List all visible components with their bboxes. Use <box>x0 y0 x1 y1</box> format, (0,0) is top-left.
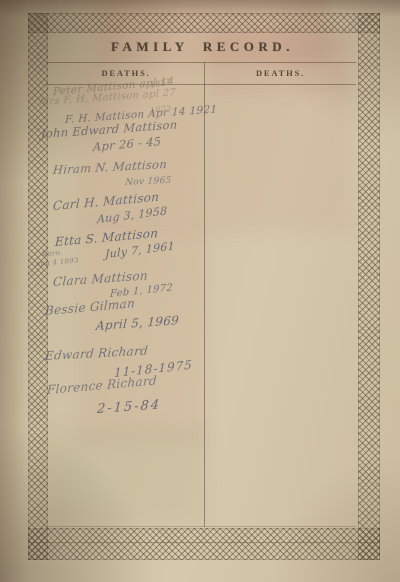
death-entry-name: Edward Richard <box>44 344 148 363</box>
column-divider <box>204 62 205 527</box>
death-entry-date: Nov 1965 <box>125 176 172 188</box>
death-entry-born-label: Born <box>42 249 61 258</box>
horizontal-rule <box>46 526 356 527</box>
book-page: FAMILY RECORD. DEATHS. DEATHS. 1857 Pete… <box>0 0 400 582</box>
page-title: FAMILY RECORD. <box>48 39 357 55</box>
death-entry-date: 2-15-84 <box>96 397 161 417</box>
paper-stain <box>48 428 208 524</box>
death-entry-date: April 5, 1969 <box>96 313 180 333</box>
death-entry-name: Hiram N. Mattison <box>52 157 167 177</box>
photo-of-family-record-page: FAMILY RECORD. DEATHS. DEATHS. 1857 Pete… <box>0 0 400 582</box>
decorative-border-left <box>28 13 48 560</box>
death-entry-date: Apr 26 - 45 <box>93 134 162 154</box>
paper-stain <box>95 0 330 66</box>
horizontal-rule <box>46 62 356 63</box>
paper-stain <box>208 94 350 232</box>
death-entry-name: Florence Richard <box>47 373 158 397</box>
decorative-border-bottom <box>28 528 380 560</box>
death-entry-name: Bessie Gilman <box>45 296 136 318</box>
decorative-border-right <box>358 13 380 560</box>
decorative-border-top <box>28 13 380 33</box>
column-header-deaths-left: DEATHS. <box>48 68 204 78</box>
column-header-deaths-right: DEATHS. <box>205 68 356 78</box>
